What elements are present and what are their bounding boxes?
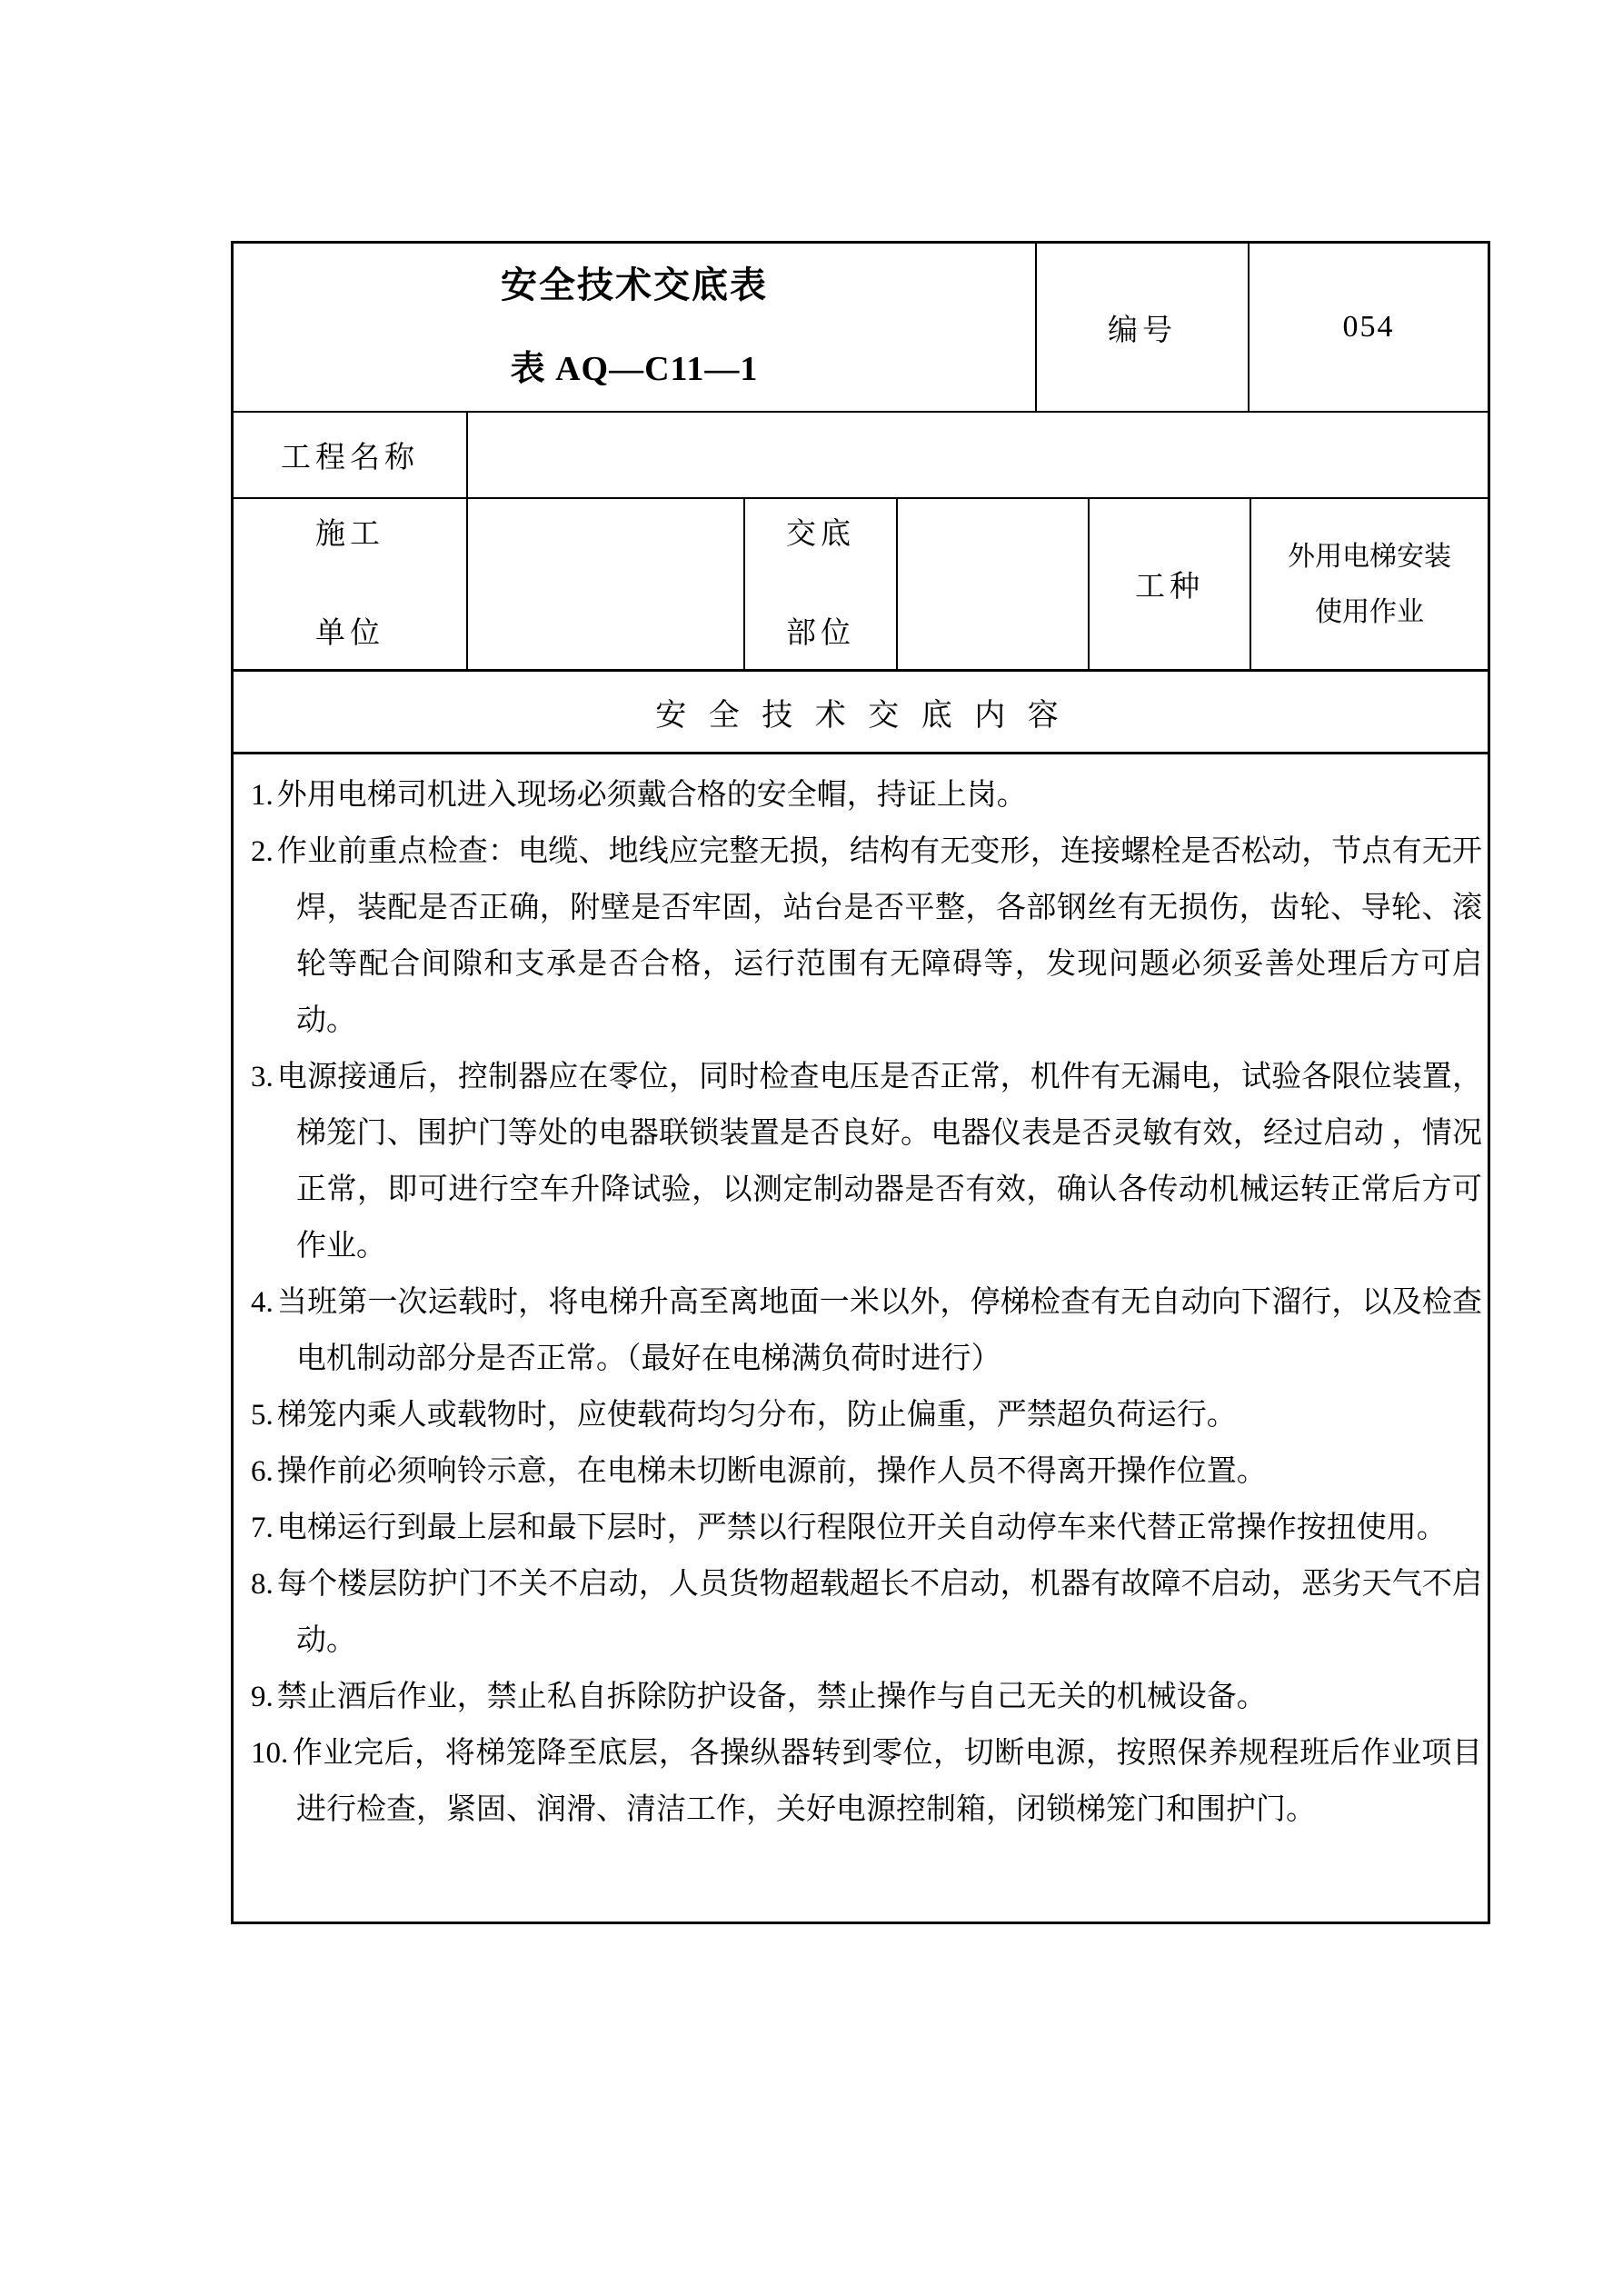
disclosure-part-label-cell: 交底 部位 <box>745 499 898 669</box>
project-name-row: 工程名称 <box>234 413 1488 499</box>
item-number: 9. <box>251 1681 274 1713</box>
content-items: 1.外用电梯司机进入现场必须戴合格的安全帽，持证上岗。2.作业前重点检查：电缆、… <box>234 754 1488 1922</box>
form-number-label: 编号 <box>1108 306 1177 349</box>
worktype-label-cell: 工种 <box>1090 499 1251 669</box>
item-text: 当班第一次运载时，将电梯升高至离地面一米以外，停梯检查有无自动向下溜行，以及检查… <box>277 1286 1482 1375</box>
content-item: 3.电源接通后，控制器应在零位，同时检查电压是否正常，机件有无漏电，试验各限位装… <box>251 1049 1482 1274</box>
content-item: 8.每个楼层防护门不关不启动，人员货物超载超长不启动，机器有故障不启动，恶劣天气… <box>251 1556 1482 1669</box>
construction-unit-value-cell <box>468 499 745 669</box>
item-text: 操作前必须响铃示意，在电梯未切断电源前，操作人员不得离开操作位置。 <box>277 1455 1267 1488</box>
form-number-value-cell: 054 <box>1250 244 1488 411</box>
disclosure-part-label-line1: 交底 <box>786 516 855 553</box>
item-number: 4. <box>251 1286 274 1319</box>
construction-unit-label-cell: 施工 单位 <box>234 499 468 669</box>
header-row: 安全技术交底表 表 AQ—C11—1 编号 054 <box>234 244 1488 413</box>
item-text: 梯笼内乘人或载物时，应使载荷均匀分布，防止偏重，严禁超负荷运行。 <box>277 1399 1237 1432</box>
content-item: 9.禁止酒后作业，禁止私自拆除防护设备，禁止操作与自己无关的机械设备。 <box>251 1669 1482 1725</box>
unit-worktype-row: 施工 单位 交底 部位 工种 外用电梯安装 使用作业 <box>234 499 1488 671</box>
form-number-label-cell: 编号 <box>1037 244 1250 411</box>
form-title: 安全技术交底表 <box>501 267 768 304</box>
disclosure-part-label-line2: 部位 <box>786 615 855 652</box>
construction-unit-label-line1: 施工 <box>315 516 384 553</box>
item-number: 3. <box>251 1061 274 1093</box>
item-text: 作业完后，将梯笼降至底层，各操纵器转到零位，切断电源，按照保养规程班后作业项目进… <box>292 1737 1482 1826</box>
project-name-label-cell: 工程名称 <box>234 413 468 497</box>
content-item: 2.作业前重点检查：电缆、地线应完整无损，结构有无变形，连接螺栓是否松动，节点有… <box>251 824 1482 1049</box>
form-code: 表 AQ—C11—1 <box>511 351 759 387</box>
content-row: 1.外用电梯司机进入现场必须戴合格的安全帽，持证上岗。2.作业前重点检查：电缆、… <box>234 754 1488 1922</box>
project-name-value-cell <box>468 413 1488 497</box>
item-text: 电梯运行到最上层和最下层时，严禁以行程限位开关自动停车来代替正常操作按扭使用。 <box>277 1512 1447 1544</box>
item-number: 8. <box>251 1568 274 1601</box>
content-item: 5.梯笼内乘人或载物时，应使载荷均匀分布，防止偏重，严禁超负荷运行。 <box>251 1387 1482 1443</box>
item-text: 电源接通后，控制器应在零位，同时检查电压是否正常，机件有无漏电，试验各限位装置，… <box>277 1061 1482 1263</box>
worktype-value-line2: 使用作业 <box>1315 595 1424 629</box>
item-text: 每个楼层防护门不关不启动，人员货物超载超长不启动，机器有故障不启动，恶劣天气不启… <box>277 1568 1482 1657</box>
document-page: 安全技术交底表 表 AQ—C11—1 编号 054 工程名称 施工 单位 <box>0 0 1623 2296</box>
worktype-value-cell: 外用电梯安装 使用作业 <box>1251 499 1488 669</box>
form-title-cell: 安全技术交底表 表 AQ—C11—1 <box>234 244 1037 411</box>
project-name-label: 工程名称 <box>281 434 419 476</box>
form-number-value: 054 <box>1343 310 1395 344</box>
item-number: 1. <box>251 779 274 812</box>
content-item: 4.当班第一次运载时，将电梯升高至离地面一米以外，停梯检查有无自动向下溜行，以及… <box>251 1274 1482 1387</box>
section-header-cell: 安 全 技 术 交 底 内 容 <box>234 672 1488 752</box>
item-number: 7. <box>251 1512 274 1544</box>
content-item: 6.操作前必须响铃示意，在电梯未切断电源前，操作人员不得离开操作位置。 <box>251 1443 1482 1500</box>
construction-unit-label-line2: 单位 <box>315 615 384 652</box>
content-item: 10.作业完后，将梯笼降至底层，各操纵器转到零位，切断电源，按照保养规程班后作业… <box>251 1725 1482 1838</box>
item-number: 10. <box>251 1737 288 1770</box>
content-item: 7.电梯运行到最上层和最下层时，严禁以行程限位开关自动停车来代替正常操作按扭使用… <box>251 1500 1482 1556</box>
content-item: 1.外用电梯司机进入现场必须戴合格的安全帽，持证上岗。 <box>251 767 1482 824</box>
safety-disclosure-form-table: 安全技术交底表 表 AQ—C11—1 编号 054 工程名称 施工 单位 <box>231 241 1490 1924</box>
item-number: 6. <box>251 1455 274 1488</box>
item-text: 禁止酒后作业，禁止私自拆除防护设备，禁止操作与自己无关的机械设备。 <box>277 1681 1267 1713</box>
item-number: 5. <box>251 1399 274 1432</box>
worktype-value-line1: 外用电梯安装 <box>1288 540 1451 574</box>
item-text: 作业前重点检查：电缆、地线应完整无损，结构有无变形，连接螺栓是否松动，节点有无开… <box>277 835 1482 1037</box>
section-header-row: 安 全 技 术 交 底 内 容 <box>234 671 1488 754</box>
section-header-title: 安 全 技 术 交 底 内 容 <box>655 690 1066 734</box>
item-text: 外用电梯司机进入现场必须戴合格的安全帽，持证上岗。 <box>277 779 1027 812</box>
item-number: 2. <box>251 835 274 868</box>
worktype-label: 工种 <box>1135 563 1204 605</box>
disclosure-part-value-cell <box>898 499 1090 669</box>
